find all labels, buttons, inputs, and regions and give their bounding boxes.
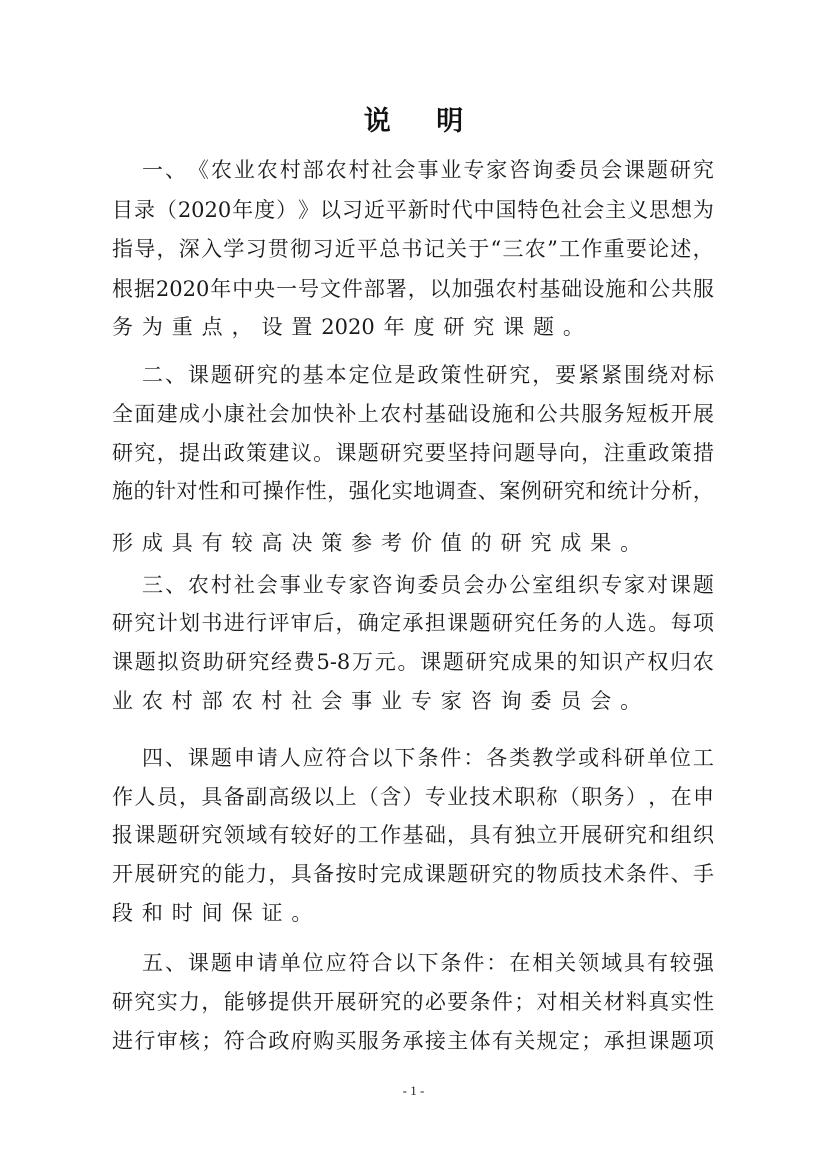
page-title: 说 明 [0, 104, 827, 140]
paragraph-line: 进行审核；符合政府购买服务承接主体有关规定；承担课题项 [112, 1026, 714, 1056]
paragraph-line: 全面建成小康社会加快补上农村基础设施和公共服务短板开展 [112, 399, 714, 429]
paragraph-line: 作人员，具备副高级以上（含）专业技术职称（职务），在申 [112, 782, 714, 812]
paragraph-line: 研究实力，能够提供开展研究的必要条件；对相关材料真实性 [112, 987, 714, 1017]
paragraph-line: 一、《农业农村部农村社会事业专家咨询委员会课题研究 [142, 155, 714, 185]
paragraph-line: 段和时间保证。 [112, 898, 714, 928]
document-page: 说 明 一、《农业农村部农村社会事业专家咨询委员会课题研究目录（2020年度）》… [0, 0, 827, 1169]
paragraph-line: 五、课题申请单位应符合以下条件：在相关领域具有较强 [142, 948, 714, 978]
paragraph-line: 形成具有较高决策参考价值的研究成果。 [112, 528, 714, 558]
paragraph-line: 四、课题申请人应符合以下条件：各类教学或科研单位工 [142, 743, 714, 773]
paragraph-line: 施的针对性和可操作性，强化实地调查、案例研究和统计分析， [112, 476, 714, 506]
paragraph-line: 指导，深入学习贯彻习近平总书记关于“三农”工作重要论述， [112, 234, 714, 264]
paragraph-line: 研究计划书进行评审后，确定承担课题研究任务的人选。每项 [112, 608, 714, 638]
paragraph-line: 目录（2020年度）》以习近平新时代中国特色社会主义思想为 [112, 195, 714, 225]
paragraph-line: 二、课题研究的基本定位是政策性研究，要紧紧围绕对标 [142, 360, 714, 390]
paragraph-line: 报课题研究领域有较好的工作基础，具有独立开展研究和组织 [112, 820, 714, 850]
paragraph-line: 开展研究的能力，具备按时完成课题研究的物质技术条件、手 [112, 859, 714, 889]
paragraph-line: 根据2020年中央一号文件部署，以加强农村基础设施和公共服 [112, 274, 714, 304]
paragraph-line: 务为重点，设置2020年度研究课题。 [112, 312, 714, 342]
paragraph-line: 三、农村社会事业专家咨询委员会办公室组织专家对课题 [142, 570, 714, 600]
page-number: - 1 - [0, 1083, 827, 1099]
paragraph-line: 业农村部农村社会事业专家咨询委员会。 [112, 686, 714, 716]
paragraph-line: 课题拟资助研究经费5-8万元。课题研究成果的知识产权归农 [112, 647, 714, 677]
paragraph-line: 研究，提出政策建议。课题研究要坚持问题导向，注重政策措 [112, 438, 714, 468]
